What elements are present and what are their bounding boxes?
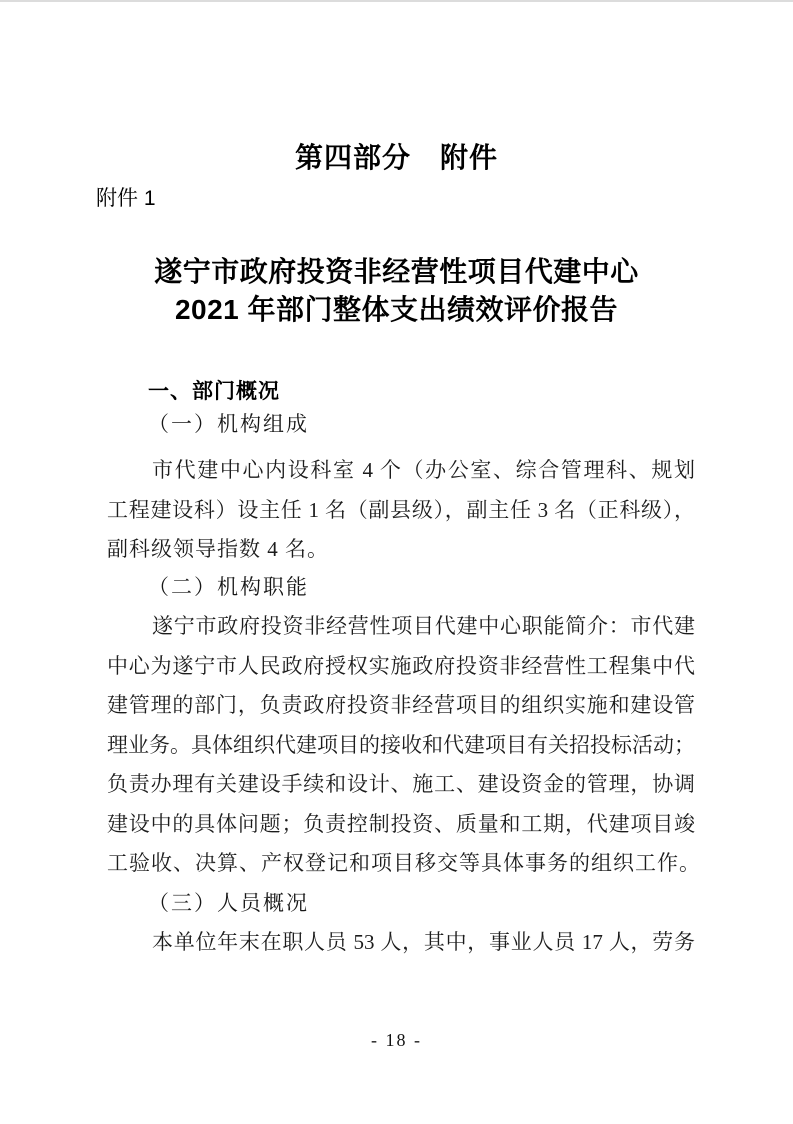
part-heading: 第四部分 附件 [0, 141, 793, 175]
paragraph-line: 市代建中心内设科室 4 个（办公室、综合管理科、规划科、 [107, 451, 695, 491]
paragraph-line: 遂宁市政府投资非经营性项目代建中心职能简介：市代建 [107, 607, 695, 647]
paragraph-line: 中心为遂宁市人民政府授权实施政府投资非经营性工程集中代 [107, 647, 695, 687]
paragraph-line: 工程建设科）设主任 1 名（副县级），副主任 3 名（正科级）， [107, 491, 695, 531]
paragraph-line: 本单位年末在职人员 53 人，其中，事业人员 17 人，劳务 [107, 923, 695, 963]
paragraph-org-functions: 遂宁市政府投资非经营性项目代建中心职能简介：市代建 中心为遂宁市人民政府授权实施… [107, 607, 695, 884]
paragraph-personnel-overview: 本单位年末在职人员 53 人，其中，事业人员 17 人，劳务 [107, 923, 695, 963]
report-title-line2: 2021 年部门整体支出绩效评价报告 [0, 291, 793, 329]
paragraph-line: 建管理的部门，负责政府投资非经营项目的组织实施和建设管 [107, 686, 695, 726]
attachment-label: 附件 1 [96, 184, 156, 214]
paragraph-org-composition: 市代建中心内设科室 4 个（办公室、综合管理科、规划科、 工程建设科）设主任 1… [107, 451, 695, 570]
section-heading-department-overview: 一、部门概况 [148, 374, 280, 410]
report-title: 遂宁市政府投资非经营性项目代建中心 2021 年部门整体支出绩效评价报告 [0, 253, 793, 329]
paragraph-line: 建设中的具体问题；负责控制投资、质量和工期，代建项目竣 [107, 805, 695, 845]
subsection-heading-org-functions: （二）机构职能 [148, 569, 309, 605]
document-page: 第四部分 附件 附件 1 遂宁市政府投资非经营性项目代建中心 2021 年部门整… [0, 0, 793, 1124]
paragraph-line: 负责办理有关建设手续和设计、施工、建设资金的管理，协调 [107, 765, 695, 805]
paragraph-line: 理业务。具体组织代建项目的接收和代建项目有关招投标活动； [107, 726, 695, 766]
subsection-heading-personnel-overview: （三）人员概况 [148, 885, 309, 921]
paragraph-line: 工验收、决算、产权登记和项目移交等具体事务的组织工作。 [107, 844, 695, 884]
subsection-heading-org-composition: （一）机构组成 [148, 406, 309, 442]
page-number: - 18 - [0, 1028, 793, 1052]
report-title-line1: 遂宁市政府投资非经营性项目代建中心 [0, 253, 793, 291]
paragraph-line: 副科级领导指数 4 名。 [107, 530, 695, 570]
